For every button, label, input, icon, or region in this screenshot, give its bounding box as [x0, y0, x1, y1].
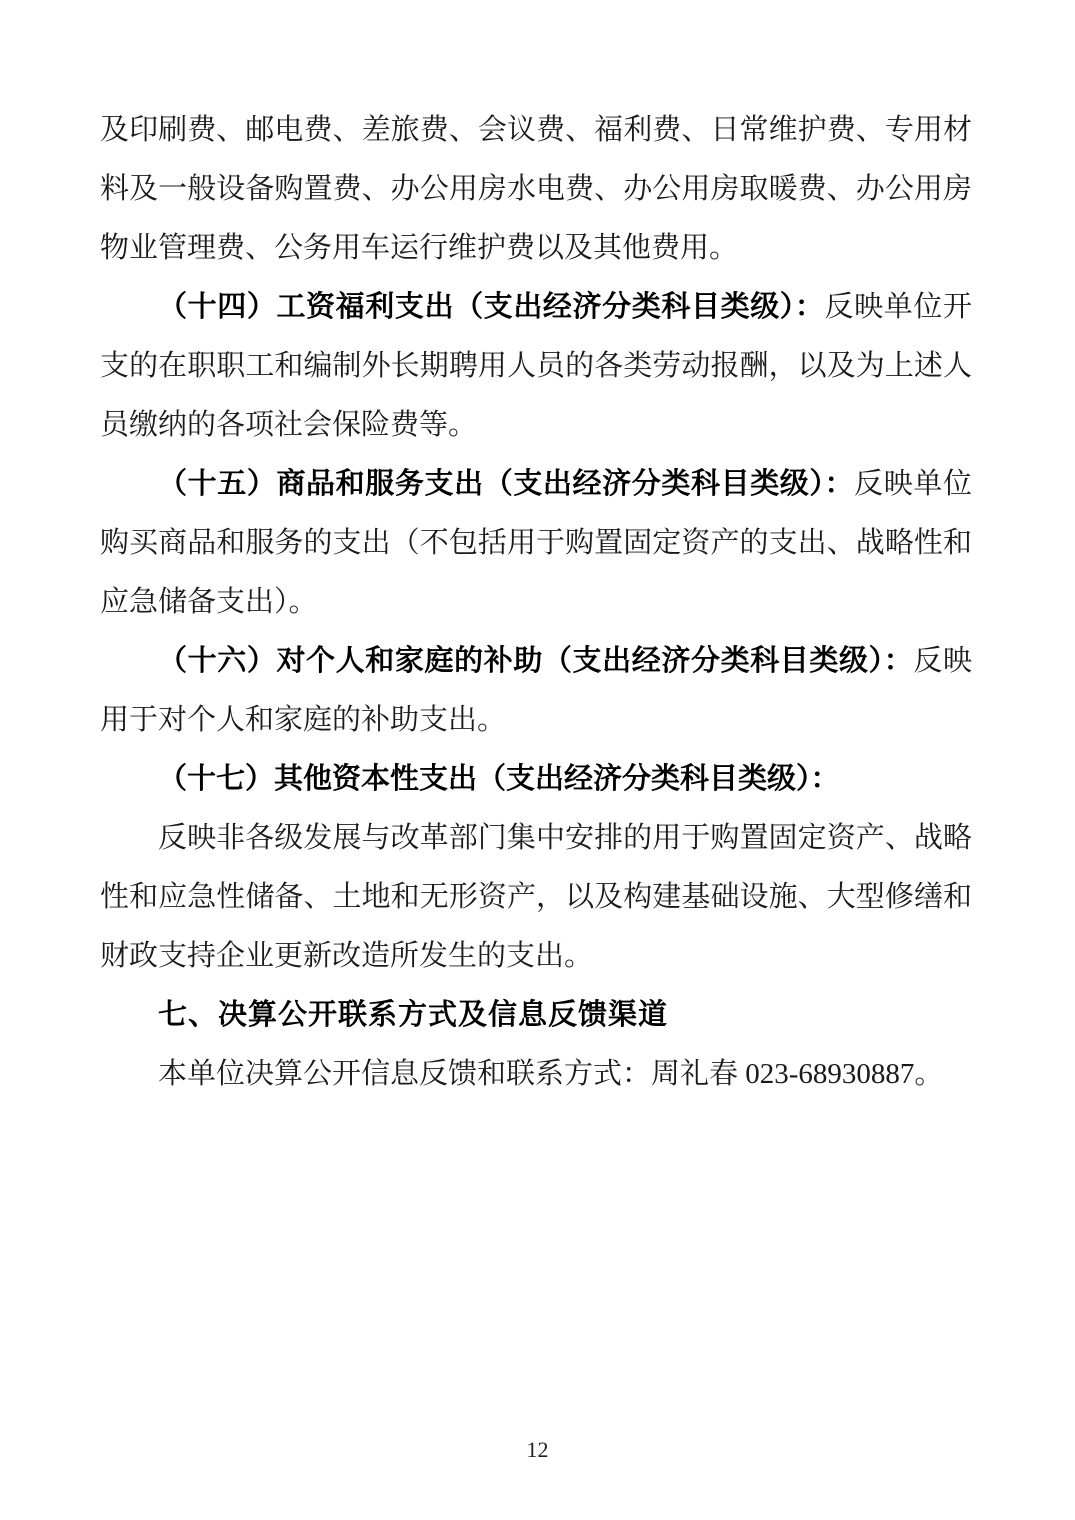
section-heading-contact-channels: 七、决算公开联系方式及信息反馈渠道: [100, 986, 972, 1045]
paragraph-item-17-body-text: 反映非各级发展与改革部门集中安排的用于购置固定资产、战略性和应急性储备、土地和无…: [100, 822, 972, 972]
paragraph-item-15-lead: （十五）商品和服务支出（支出经济分类科目类级）：: [158, 468, 854, 500]
paragraph-item-17-lead: （十七）其他资本性支出（支出经济分类科目类级）：: [158, 763, 840, 795]
section-heading-contact-channels-lead: 七、决算公开联系方式及信息反馈渠道: [158, 999, 668, 1031]
page-number: 12: [0, 1436, 1075, 1464]
paragraph-item-15: （十五）商品和服务支出（支出经济分类科目类级）：反映单位购买商品和服务的支出（不…: [100, 455, 972, 632]
document-body: 及印刷费、邮电费、差旅费、会议费、福利费、日常维护费、专用材料及一般设备购置费、…: [100, 101, 972, 1104]
paragraph-item-16-lead: （十六）对个人和家庭的补助（支出经济分类科目类级）：: [158, 645, 913, 677]
paragraph-item-17-body: 反映非各级发展与改革部门集中安排的用于购置固定资产、战略性和应急性储备、土地和无…: [100, 809, 972, 986]
paragraph-item-17: （十七）其他资本性支出（支出经济分类科目类级）：: [100, 750, 972, 809]
paragraph-item-14-lead: （十四）工资福利支出（支出经济分类科目类级）：: [158, 291, 825, 323]
paragraph-contact-info: 本单位决算公开信息反馈和联系方式：周礼春 023-68930887。: [100, 1045, 972, 1104]
paragraph-expense-items-text: 及印刷费、邮电费、差旅费、会议费、福利费、日常维护费、专用材料及一般设备购置费、…: [100, 114, 972, 264]
paragraph-contact-info-text: 本单位决算公开信息反馈和联系方式：周礼春 023-68930887。: [158, 1058, 943, 1090]
document-page: 及印刷费、邮电费、差旅费、会议费、福利费、日常维护费、专用材料及一般设备购置费、…: [0, 0, 1075, 1520]
paragraph-expense-items-continued: 及印刷费、邮电费、差旅费、会议费、福利费、日常维护费、专用材料及一般设备购置费、…: [100, 101, 972, 278]
paragraph-item-16: （十六）对个人和家庭的补助（支出经济分类科目类级）：反映用于对个人和家庭的补助支…: [100, 632, 972, 750]
paragraph-item-14: （十四）工资福利支出（支出经济分类科目类级）：反映单位开支的在职职工和编制外长期…: [100, 278, 972, 455]
